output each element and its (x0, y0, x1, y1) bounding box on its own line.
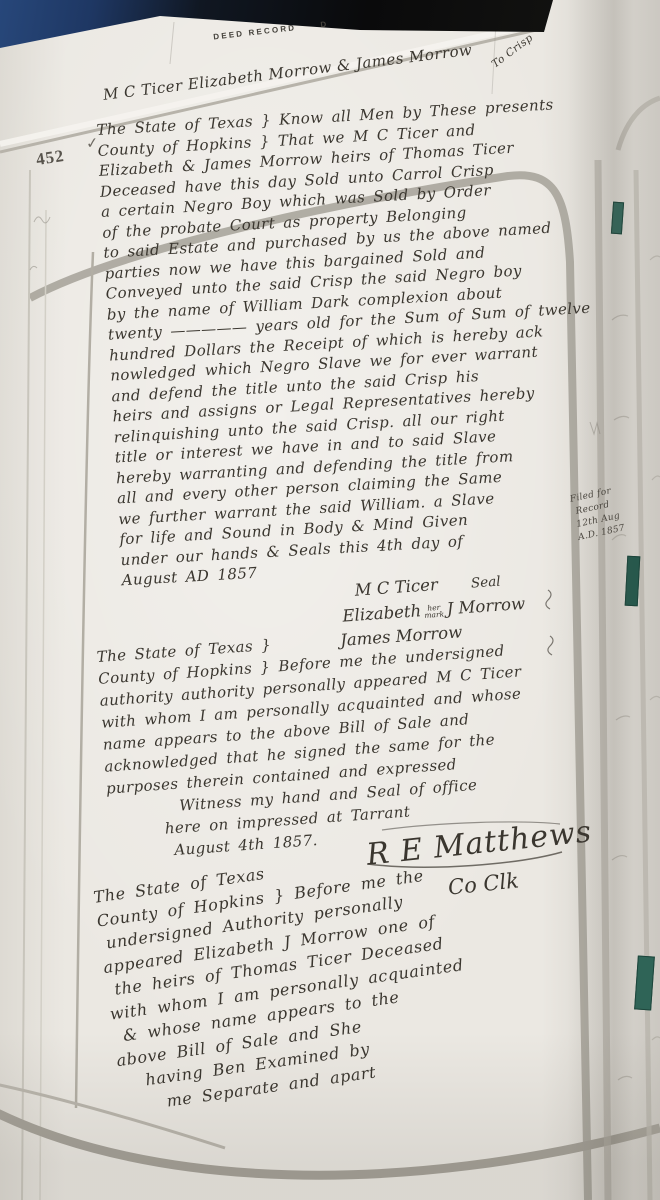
her-mark-bottom: mark (424, 610, 444, 618)
signature-ticer-name: M C Ticer (354, 575, 438, 600)
seal-label: Seal (470, 574, 501, 592)
clerk-title: Co Clk (447, 868, 520, 899)
index-tab (634, 955, 655, 1010)
page-number: 452 (35, 146, 66, 170)
book-header-title: DEED RECORD (213, 23, 297, 41)
signature-elizabeth-first: Elizabeth (342, 601, 422, 625)
caption-parties: M C Ticer Elizabeth Morrow & James Morro… (102, 41, 473, 104)
filed-for-record-note: Filed for Record 12th Aug A.D. 1857 (569, 484, 626, 545)
case-caption: M C Ticer Elizabeth Morrow & James Morro… (102, 33, 534, 104)
book-volume-letter: D (320, 19, 329, 29)
deed-body: The State of Texas } Know all Men by The… (96, 93, 605, 591)
caption-vs: To Crisp (490, 32, 536, 71)
her-mark: hermark (424, 603, 445, 618)
index-tab (625, 556, 641, 607)
acknowledgment-elizabeth: The State of Texas County of Hopkins } B… (92, 836, 478, 1118)
signature-elizabeth-last: J Morrow (446, 594, 526, 618)
index-tab (611, 202, 624, 235)
deed-record-page-photo: DEED RECORD D 452 ✓ M C Ticer Elizabeth … (0, 0, 660, 1200)
photo-background (0, 0, 660, 60)
